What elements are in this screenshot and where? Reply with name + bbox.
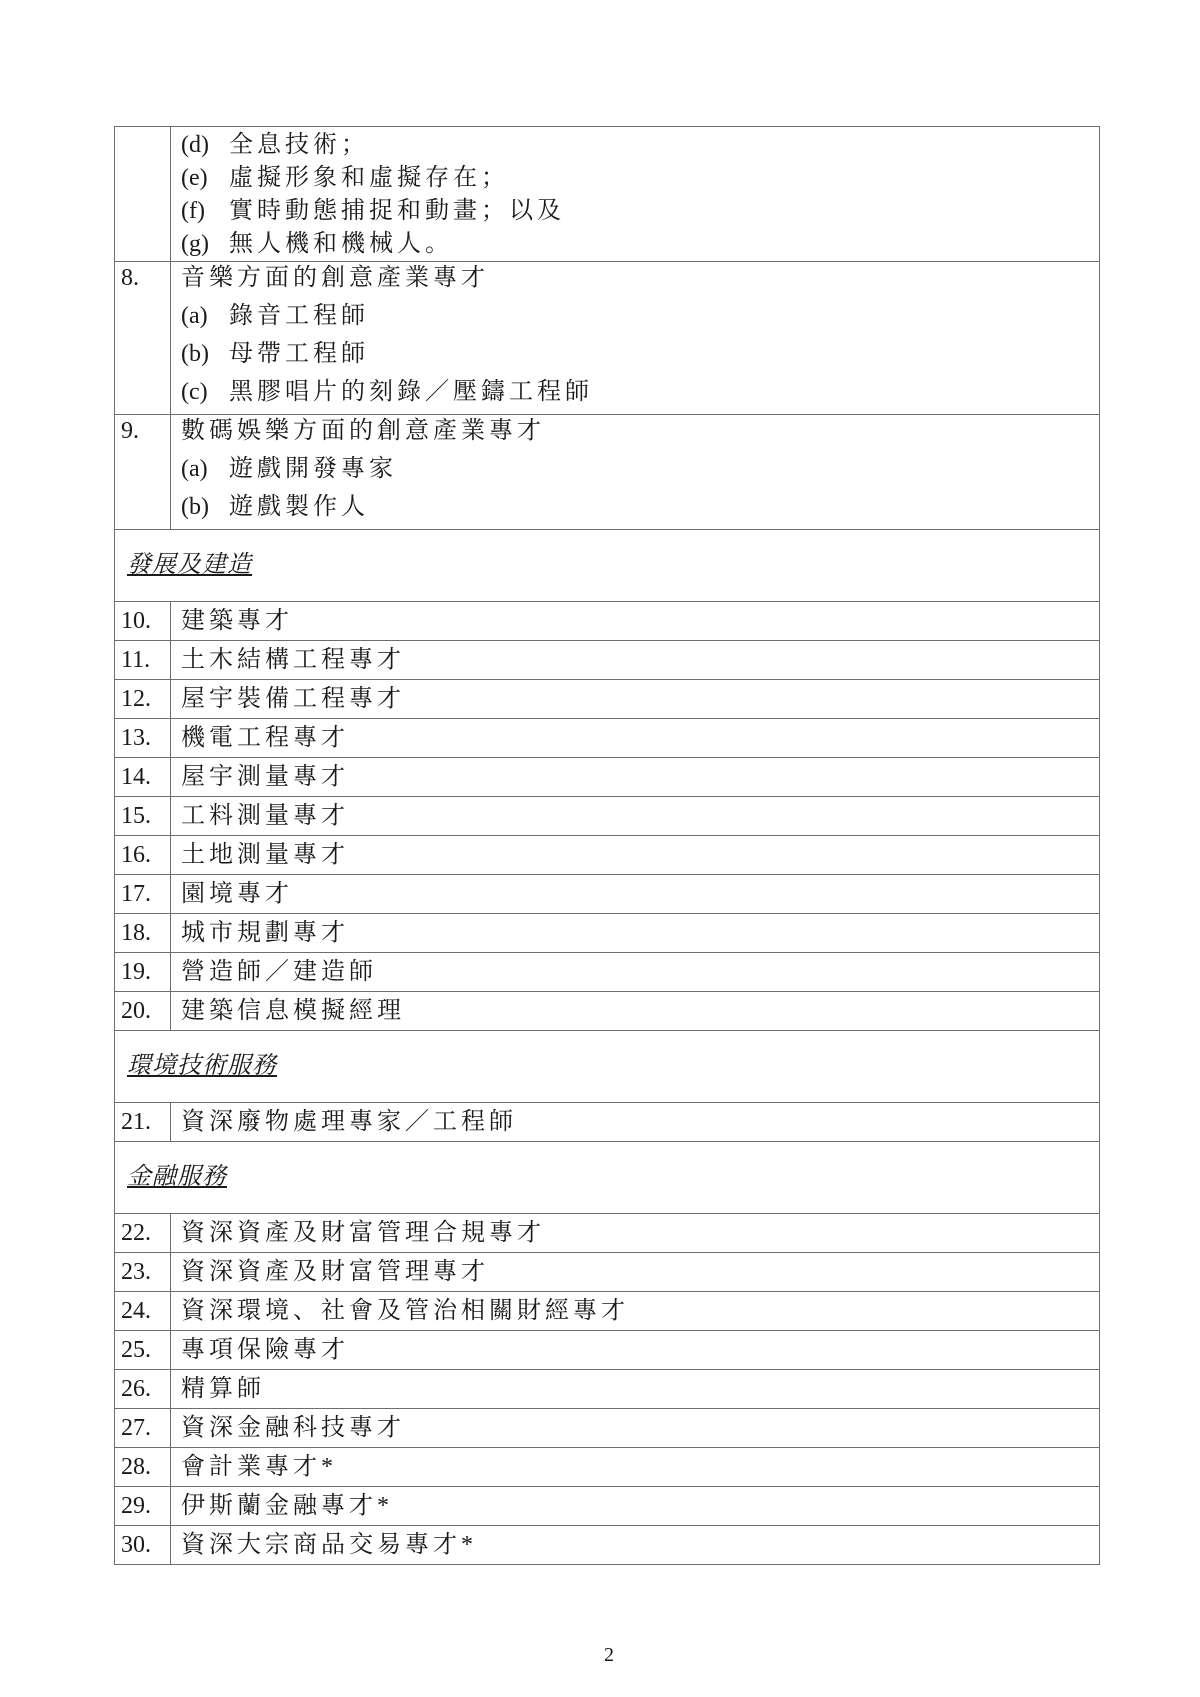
table-row: 27.資深金融科技專才	[115, 1409, 1100, 1448]
item-text: 工料測量專才	[171, 797, 1100, 836]
section-cell: 環境技術服務	[115, 1031, 1100, 1103]
content-cell: 音樂方面的創意產業專才 (a)錄音工程師 (b)母帶工程師 (c)黑膠唱片的刻錄…	[171, 262, 1100, 415]
table-row: 17.園境專才	[115, 875, 1100, 914]
table-row: 12.屋宇裝備工程專才	[115, 680, 1100, 719]
item-number: 28.	[115, 1448, 171, 1487]
item-text: 園境專才	[171, 875, 1100, 914]
item-number: 25.	[115, 1331, 171, 1370]
sub-item-label: (e)	[181, 162, 229, 195]
table-row: 14.屋宇測量專才	[115, 758, 1100, 797]
item-number: 23.	[115, 1253, 171, 1292]
item-number: 20.	[115, 992, 171, 1031]
item-text: 精算師	[171, 1370, 1100, 1409]
item-text: 土地測量專才	[171, 836, 1100, 875]
item-number: 30.	[115, 1526, 171, 1565]
section-header-finance: 金融服務	[115, 1142, 1100, 1214]
sub-item-label: (b)	[181, 491, 229, 524]
table-row: 22.資深資產及財富管理合規專才	[115, 1214, 1100, 1253]
table-row: 30.資深大宗商品交易專才*	[115, 1526, 1100, 1565]
item-number: 16.	[115, 836, 171, 875]
item-number: 21.	[115, 1103, 171, 1142]
item-text: 伊斯蘭金融專才*	[171, 1487, 1100, 1526]
item-text: 資深金融科技專才	[171, 1409, 1100, 1448]
item-text: 土木結構工程專才	[171, 641, 1100, 680]
item-number: 11.	[115, 641, 171, 680]
table-row: 13.機電工程專才	[115, 719, 1100, 758]
sub-item-text: 全息技術；	[229, 132, 369, 158]
sub-item-text: 虛擬形象和虛擬存在；	[229, 165, 509, 191]
sub-item: (d)全息技術；	[181, 129, 1099, 162]
talent-list-table: (d)全息技術； (e)虛擬形象和虛擬存在； (f)實時動態捕捉和動畫；以及 (…	[114, 126, 1100, 1565]
sub-item-text: 實時動態捕捉和動畫；以及	[229, 198, 565, 224]
section-title: 金融服務	[127, 1164, 227, 1190]
item-text: 屋宇裝備工程專才	[171, 680, 1100, 719]
item-number: 9.	[121, 415, 170, 453]
section-title: 發展及建造	[127, 552, 252, 578]
item-number: 12.	[115, 680, 171, 719]
item-number: 8.	[121, 262, 170, 300]
sub-item-label: (a)	[181, 453, 229, 486]
item-text: 資深資產及財富管理專才	[171, 1253, 1100, 1292]
item-number: 27.	[115, 1409, 171, 1448]
table-row: 18.城市規劃專才	[115, 914, 1100, 953]
item-text: 會計業專才*	[171, 1448, 1100, 1487]
section-header-environment: 環境技術服務	[115, 1031, 1100, 1103]
item-text: 城市規劃專才	[171, 914, 1100, 953]
sub-item: (e)虛擬形象和虛擬存在；	[181, 162, 1099, 195]
sub-item-text: 母帶工程師	[229, 341, 369, 367]
sub-item: (g)無人機和機械人。	[181, 228, 1099, 261]
item-text: 屋宇測量專才	[171, 758, 1100, 797]
sub-item: (b)母帶工程師	[181, 338, 1099, 376]
table-row: 15.工料測量專才	[115, 797, 1100, 836]
sub-item: (a)錄音工程師	[181, 300, 1099, 338]
item-number: 14.	[115, 758, 171, 797]
section-cell: 金融服務	[115, 1142, 1100, 1214]
section-header-development: 發展及建造	[115, 530, 1100, 602]
item-number: 13.	[115, 719, 171, 758]
page-number: 2	[604, 1644, 614, 1667]
sub-item-label: (d)	[181, 129, 229, 162]
table-row: 21.資深廢物處理專家／工程師	[115, 1103, 1100, 1142]
table-row: 10.建築專才	[115, 602, 1100, 641]
table-row-item-8: 8. 音樂方面的創意產業專才 (a)錄音工程師 (b)母帶工程師 (c)黑膠唱片…	[115, 262, 1100, 415]
item-text: 建築信息模擬經理	[171, 992, 1100, 1031]
table-row: 11.土木結構工程專才	[115, 641, 1100, 680]
item-number: 10.	[115, 602, 171, 641]
item-title: 音樂方面的創意產業專才	[181, 262, 1099, 300]
item-text: 資深環境、社會及管治相關財經專才	[171, 1292, 1100, 1331]
table-row: 28.會計業專才*	[115, 1448, 1100, 1487]
sub-item-label: (b)	[181, 338, 229, 371]
item-text: 建築專才	[171, 602, 1100, 641]
sub-item: (f)實時動態捕捉和動畫；以及	[181, 195, 1099, 228]
table-row: 25.專項保險專才	[115, 1331, 1100, 1370]
sub-item-text: 無人機和機械人。	[229, 231, 453, 257]
item-text: 專項保險專才	[171, 1331, 1100, 1370]
sub-item: (b)遊戲製作人	[181, 491, 1099, 529]
sub-item-text: 黑膠唱片的刻錄／壓鑄工程師	[229, 379, 593, 405]
item-number: 26.	[115, 1370, 171, 1409]
sub-item-text: 遊戲開發專家	[229, 456, 397, 482]
item-number: 17.	[115, 875, 171, 914]
table-row: 16.土地測量專才	[115, 836, 1100, 875]
item-text: 資深大宗商品交易專才*	[171, 1526, 1100, 1565]
sub-item-text: 錄音工程師	[229, 303, 369, 329]
table-row-continuation: (d)全息技術； (e)虛擬形象和虛擬存在； (f)實時動態捕捉和動畫；以及 (…	[115, 127, 1100, 262]
item-text: 機電工程專才	[171, 719, 1100, 758]
item-number: 18.	[115, 914, 171, 953]
number-cell	[115, 127, 171, 262]
item-text: 營造師／建造師	[171, 953, 1100, 992]
content-cell: 數碼娛樂方面的創意產業專才 (a)遊戲開發專家 (b)遊戲製作人	[171, 415, 1100, 530]
table-row: 24.資深環境、社會及管治相關財經專才	[115, 1292, 1100, 1331]
item-title: 數碼娛樂方面的創意產業專才	[181, 415, 1099, 453]
sub-item-text: 遊戲製作人	[229, 494, 369, 520]
table-row: 20.建築信息模擬經理	[115, 992, 1100, 1031]
item-number: 19.	[115, 953, 171, 992]
number-cell: 9.	[115, 415, 171, 530]
item-number: 22.	[115, 1214, 171, 1253]
table-row-item-9: 9. 數碼娛樂方面的創意產業專才 (a)遊戲開發專家 (b)遊戲製作人	[115, 415, 1100, 530]
table-row: 23.資深資產及財富管理專才	[115, 1253, 1100, 1292]
table-row: 19.營造師／建造師	[115, 953, 1100, 992]
section-cell: 發展及建造	[115, 530, 1100, 602]
sub-item-label: (a)	[181, 300, 229, 333]
item-text: 資深資產及財富管理合規專才	[171, 1214, 1100, 1253]
content-cell: (d)全息技術； (e)虛擬形象和虛擬存在； (f)實時動態捕捉和動畫；以及 (…	[171, 127, 1100, 262]
section-title: 環境技術服務	[127, 1053, 277, 1079]
sub-item-label: (g)	[181, 228, 229, 261]
table-row: 29.伊斯蘭金融專才*	[115, 1487, 1100, 1526]
item-text: 資深廢物處理專家／工程師	[171, 1103, 1100, 1142]
number-cell: 8.	[115, 262, 171, 415]
table-row: 26.精算師	[115, 1370, 1100, 1409]
item-number: 29.	[115, 1487, 171, 1526]
sub-item-label: (f)	[181, 195, 229, 228]
item-number: 24.	[115, 1292, 171, 1331]
sub-item: (a)遊戲開發專家	[181, 453, 1099, 491]
sub-item: (c)黑膠唱片的刻錄／壓鑄工程師	[181, 376, 1099, 414]
item-number: 15.	[115, 797, 171, 836]
sub-item-label: (c)	[181, 376, 229, 409]
